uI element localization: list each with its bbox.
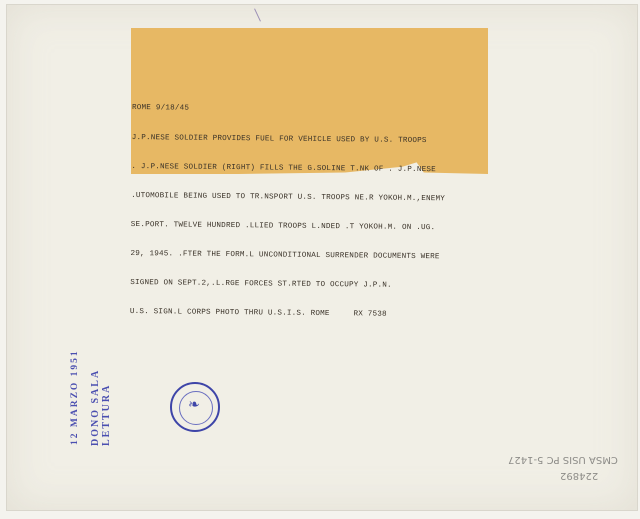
- caption-line: SIGNED ON SEPT.2,.L.RGE FORCES ST.RTED T…: [130, 279, 510, 293]
- pencil-note-number: 224892: [560, 470, 598, 481]
- library-stamp-line2: 12 MARZO 1951: [70, 330, 80, 445]
- caption-line: 29, 1945. .FTER THE FORM.L UNCONDITIONAL…: [130, 250, 510, 264]
- pencil-note-archive-ref: CMSA USIS PC 5-1427: [508, 454, 618, 465]
- stamp-emblem-icon: ❧: [188, 397, 200, 413]
- caption-line: .UTOMOBILE BEING USED TO TR.NSPORT U.S. …: [131, 192, 511, 206]
- caption-text: ROME 9/18/45 J.P.NESE SOLDIER PROVIDES F…: [130, 85, 513, 332]
- caption-line: SE.PORT. TWELVE HUNDRED .LLIED TROOPS L.…: [131, 221, 511, 235]
- caption-line: ROME 9/18/45: [132, 104, 512, 118]
- round-ink-stamp: ❧: [170, 382, 220, 432]
- caption-line: U.S. SIGN.L CORPS PHOTO THRU U.S.I.S. RO…: [130, 308, 510, 322]
- caption-line: . J.P.NESE SOLDIER (RIGHT) FILLS THE G.S…: [131, 163, 511, 177]
- library-stamp-line1: DONO SALA LETTURA: [90, 316, 112, 446]
- caption-line: J.P.NESE SOLDIER PROVIDES FUEL FOR VEHIC…: [132, 134, 512, 148]
